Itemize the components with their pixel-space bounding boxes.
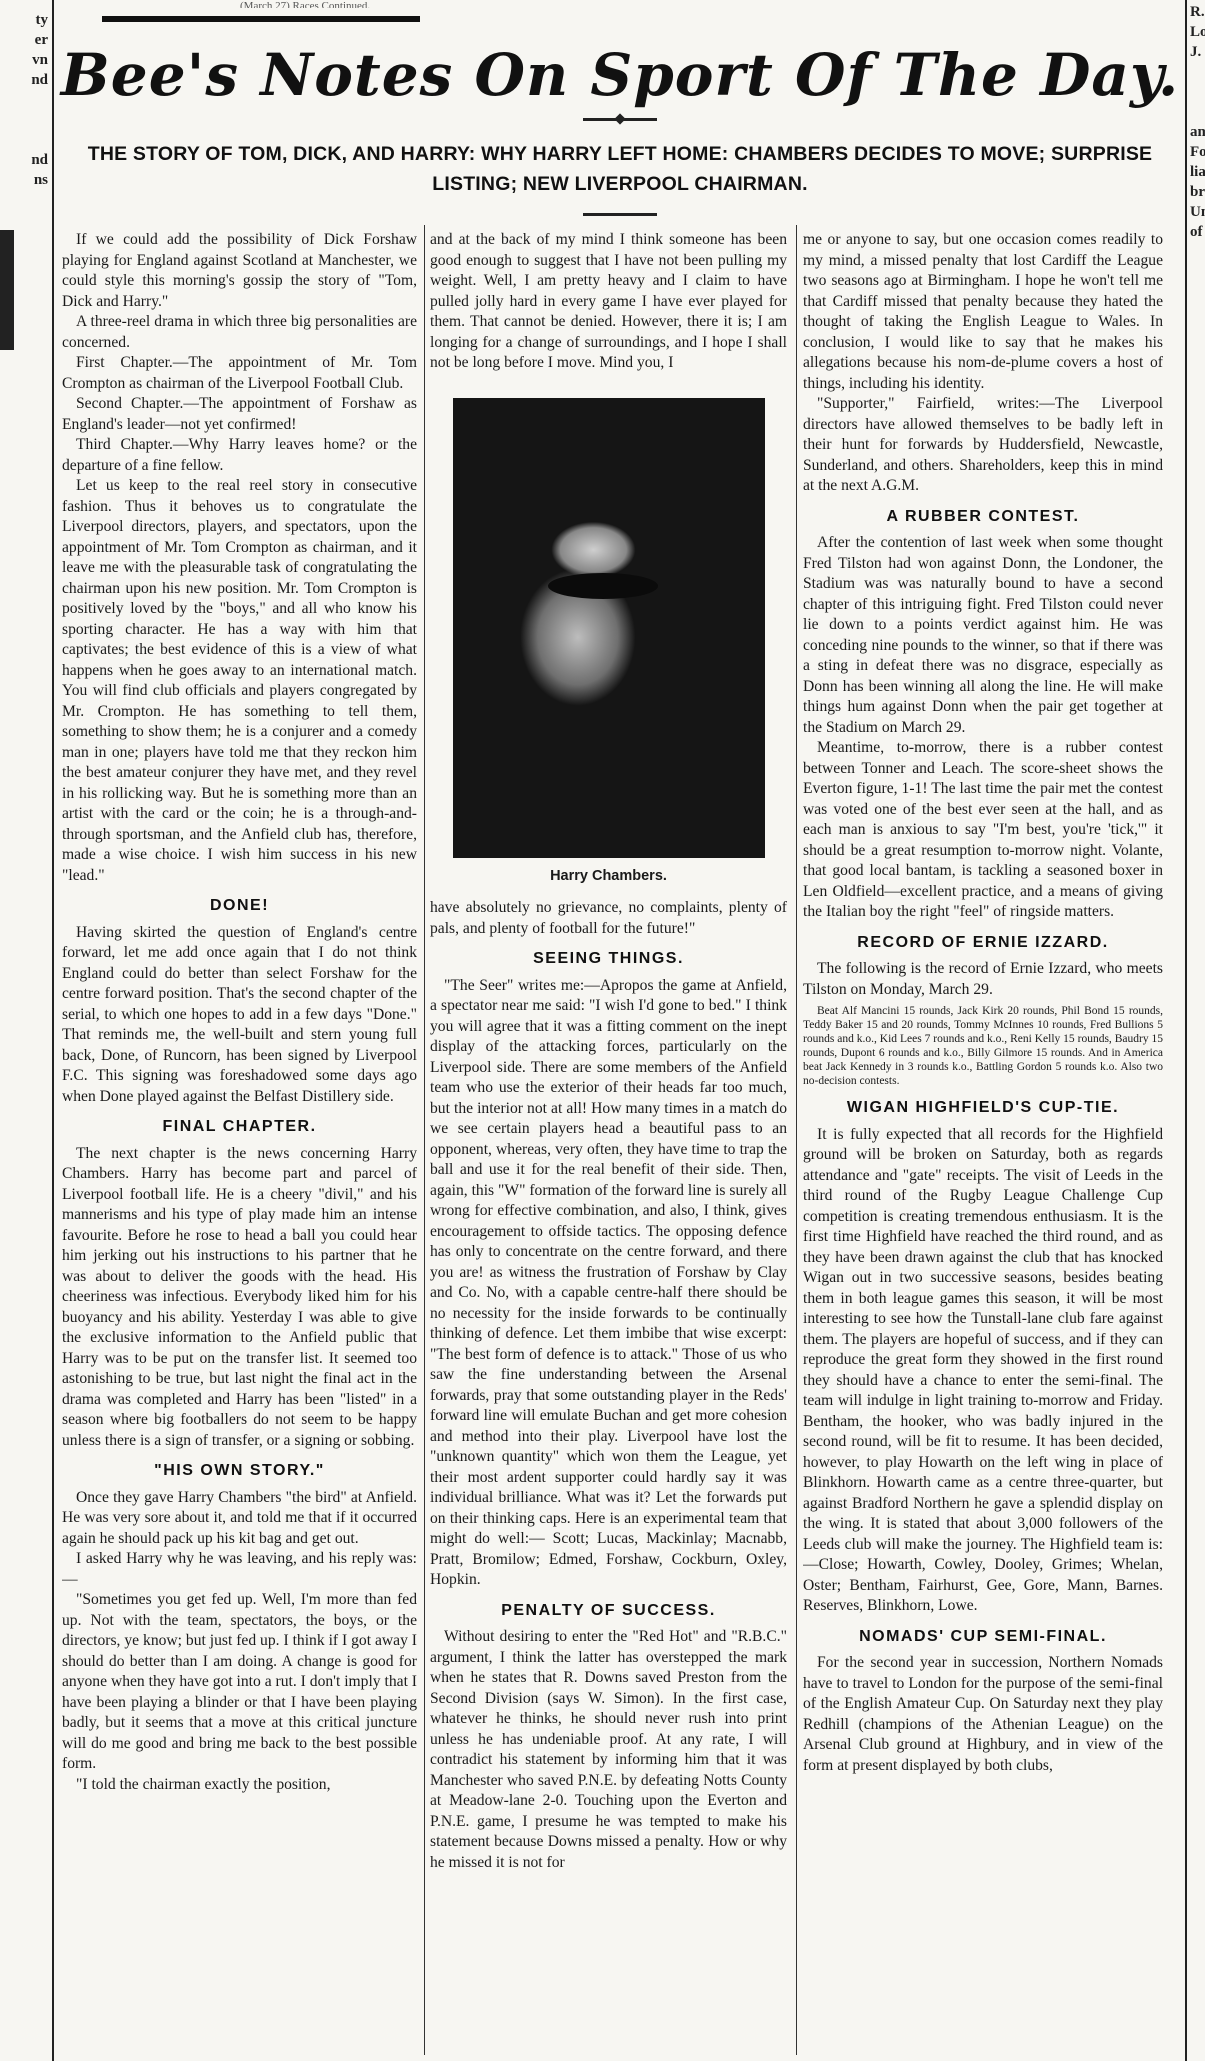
- edge-text: J.: [1187, 42, 1205, 62]
- paragraph: Without desiring to enter the "Red Hot" …: [430, 1627, 787, 1873]
- adjacent-photo-fragment: [0, 230, 14, 350]
- paragraph: me or anyone to say, but one occasion co…: [803, 230, 1163, 394]
- paragraph: Once they gave Harry Chambers "the bird"…: [62, 1488, 417, 1550]
- edge-text: vn: [0, 50, 52, 70]
- edge-text: ns: [0, 170, 52, 190]
- paragraph: I asked Harry why he was leaving, and hi…: [62, 1549, 417, 1590]
- boxing-record-detail: Beat Alf Mancini 15 rounds, Jack Kirk 20…: [803, 1004, 1163, 1088]
- edge-text: Un: [1187, 202, 1205, 222]
- edge-text: of: [1187, 222, 1205, 242]
- paragraph: First Chapter.—The appointment of Mr. To…: [62, 353, 417, 394]
- paragraph: Third Chapter.—Why Harry leaves home? or…: [62, 435, 417, 476]
- adjacent-column-right-fragment: R. Lo J. am Fo lia bri Un of: [1185, 0, 1205, 2061]
- section-heading-final-chapter: FINAL CHAPTER.: [62, 1117, 417, 1138]
- article-header: Bee's Notes On Sport Of The Day. THE STO…: [60, 40, 1180, 216]
- paragraph: The following is the record of Ernie Izz…: [803, 959, 1163, 1000]
- subheadline: THE STORY OF TOM, DICK, AND HARRY: WHY H…: [80, 139, 1160, 199]
- paragraph: "The Seer" writes me:—Apropos the game a…: [430, 976, 787, 1591]
- section-heading-wigan-highfield: WIGAN HIGHFIELD'S CUP-TIE.: [803, 1098, 1163, 1119]
- paragraph: After the contention of last week when s…: [803, 533, 1163, 738]
- edge-text: er: [0, 30, 52, 50]
- paragraph: The next chapter is the news concerning …: [62, 1144, 417, 1452]
- section-heading-nomads-cup: NOMADS' CUP SEMI-FINAL.: [803, 1627, 1163, 1648]
- edge-text: Lo: [1187, 22, 1205, 42]
- section-heading-record-ernie-izzard: RECORD OF ERNIE IZZARD.: [803, 933, 1163, 954]
- paragraph: Second Chapter.—The appointment of Forsh…: [62, 394, 417, 435]
- adjacent-column-left-fragment: ty er vn nd nd ns: [0, 0, 54, 2061]
- section-heading-rubber-contest: A RUBBER CONTEST.: [803, 507, 1163, 528]
- paragraph: "I told the chairman exactly the positio…: [62, 1775, 417, 1796]
- paragraph: Meantime, to-morrow, there is a rubber c…: [803, 738, 1163, 923]
- edge-text: bri: [1187, 182, 1205, 202]
- edge-text: R.: [1187, 2, 1205, 22]
- top-strip-text: (March 27) Races Continued.: [240, 0, 740, 8]
- paragraph: For the second year in succession, North…: [803, 1653, 1163, 1776]
- paragraph: A three-reel drama in which three big pe…: [62, 312, 417, 353]
- column-rule: [796, 225, 797, 2055]
- photo-caption: Harry Chambers.: [430, 866, 787, 887]
- page-title: Bee's Notes On Sport Of The Day.: [60, 40, 1180, 110]
- paragraph: have absolutely no grievance, no complai…: [430, 898, 787, 939]
- portrait-photo-harry-chambers: [453, 398, 765, 858]
- paragraph: and at the back of my mind I think someo…: [430, 230, 787, 374]
- paragraph: "Supporter," Fairfield, writes:—The Live…: [803, 394, 1163, 497]
- edge-text: nd: [0, 150, 52, 170]
- section-heading-seeing-things: SEEING THINGS.: [430, 949, 787, 970]
- column-rule: [424, 225, 425, 2055]
- paragraph: Having skirted the question of England's…: [62, 923, 417, 1108]
- edge-text: ty: [0, 10, 52, 30]
- edge-text: nd: [0, 70, 52, 90]
- ornament-divider: [583, 118, 657, 121]
- section-heading-his-own-story: "HIS OWN STORY.": [62, 1461, 417, 1482]
- column-2: and at the back of my mind I think someo…: [430, 230, 787, 2050]
- edge-text: am: [1187, 122, 1205, 142]
- edge-text: Fo: [1187, 142, 1205, 162]
- photo-figure: Harry Chambers.: [430, 398, 787, 887]
- paragraph: Let us keep to the real reel story in co…: [62, 476, 417, 886]
- section-heading-penalty-of-success: PENALTY OF SUCCESS.: [430, 1601, 787, 1622]
- column-3: me or anyone to say, but one occasion co…: [803, 230, 1163, 2050]
- paragraph: If we could add the possibility of Dick …: [62, 230, 417, 312]
- paragraph: It is fully expected that all records fo…: [803, 1125, 1163, 1617]
- column-1: If we could add the possibility of Dick …: [62, 230, 417, 2050]
- top-rule: [102, 16, 420, 22]
- divider: [583, 213, 657, 216]
- section-heading-done: DONE!: [62, 896, 417, 917]
- edge-text: lia: [1187, 162, 1205, 182]
- paragraph: "Sometimes you get fed up. Well, I'm mor…: [62, 1590, 417, 1775]
